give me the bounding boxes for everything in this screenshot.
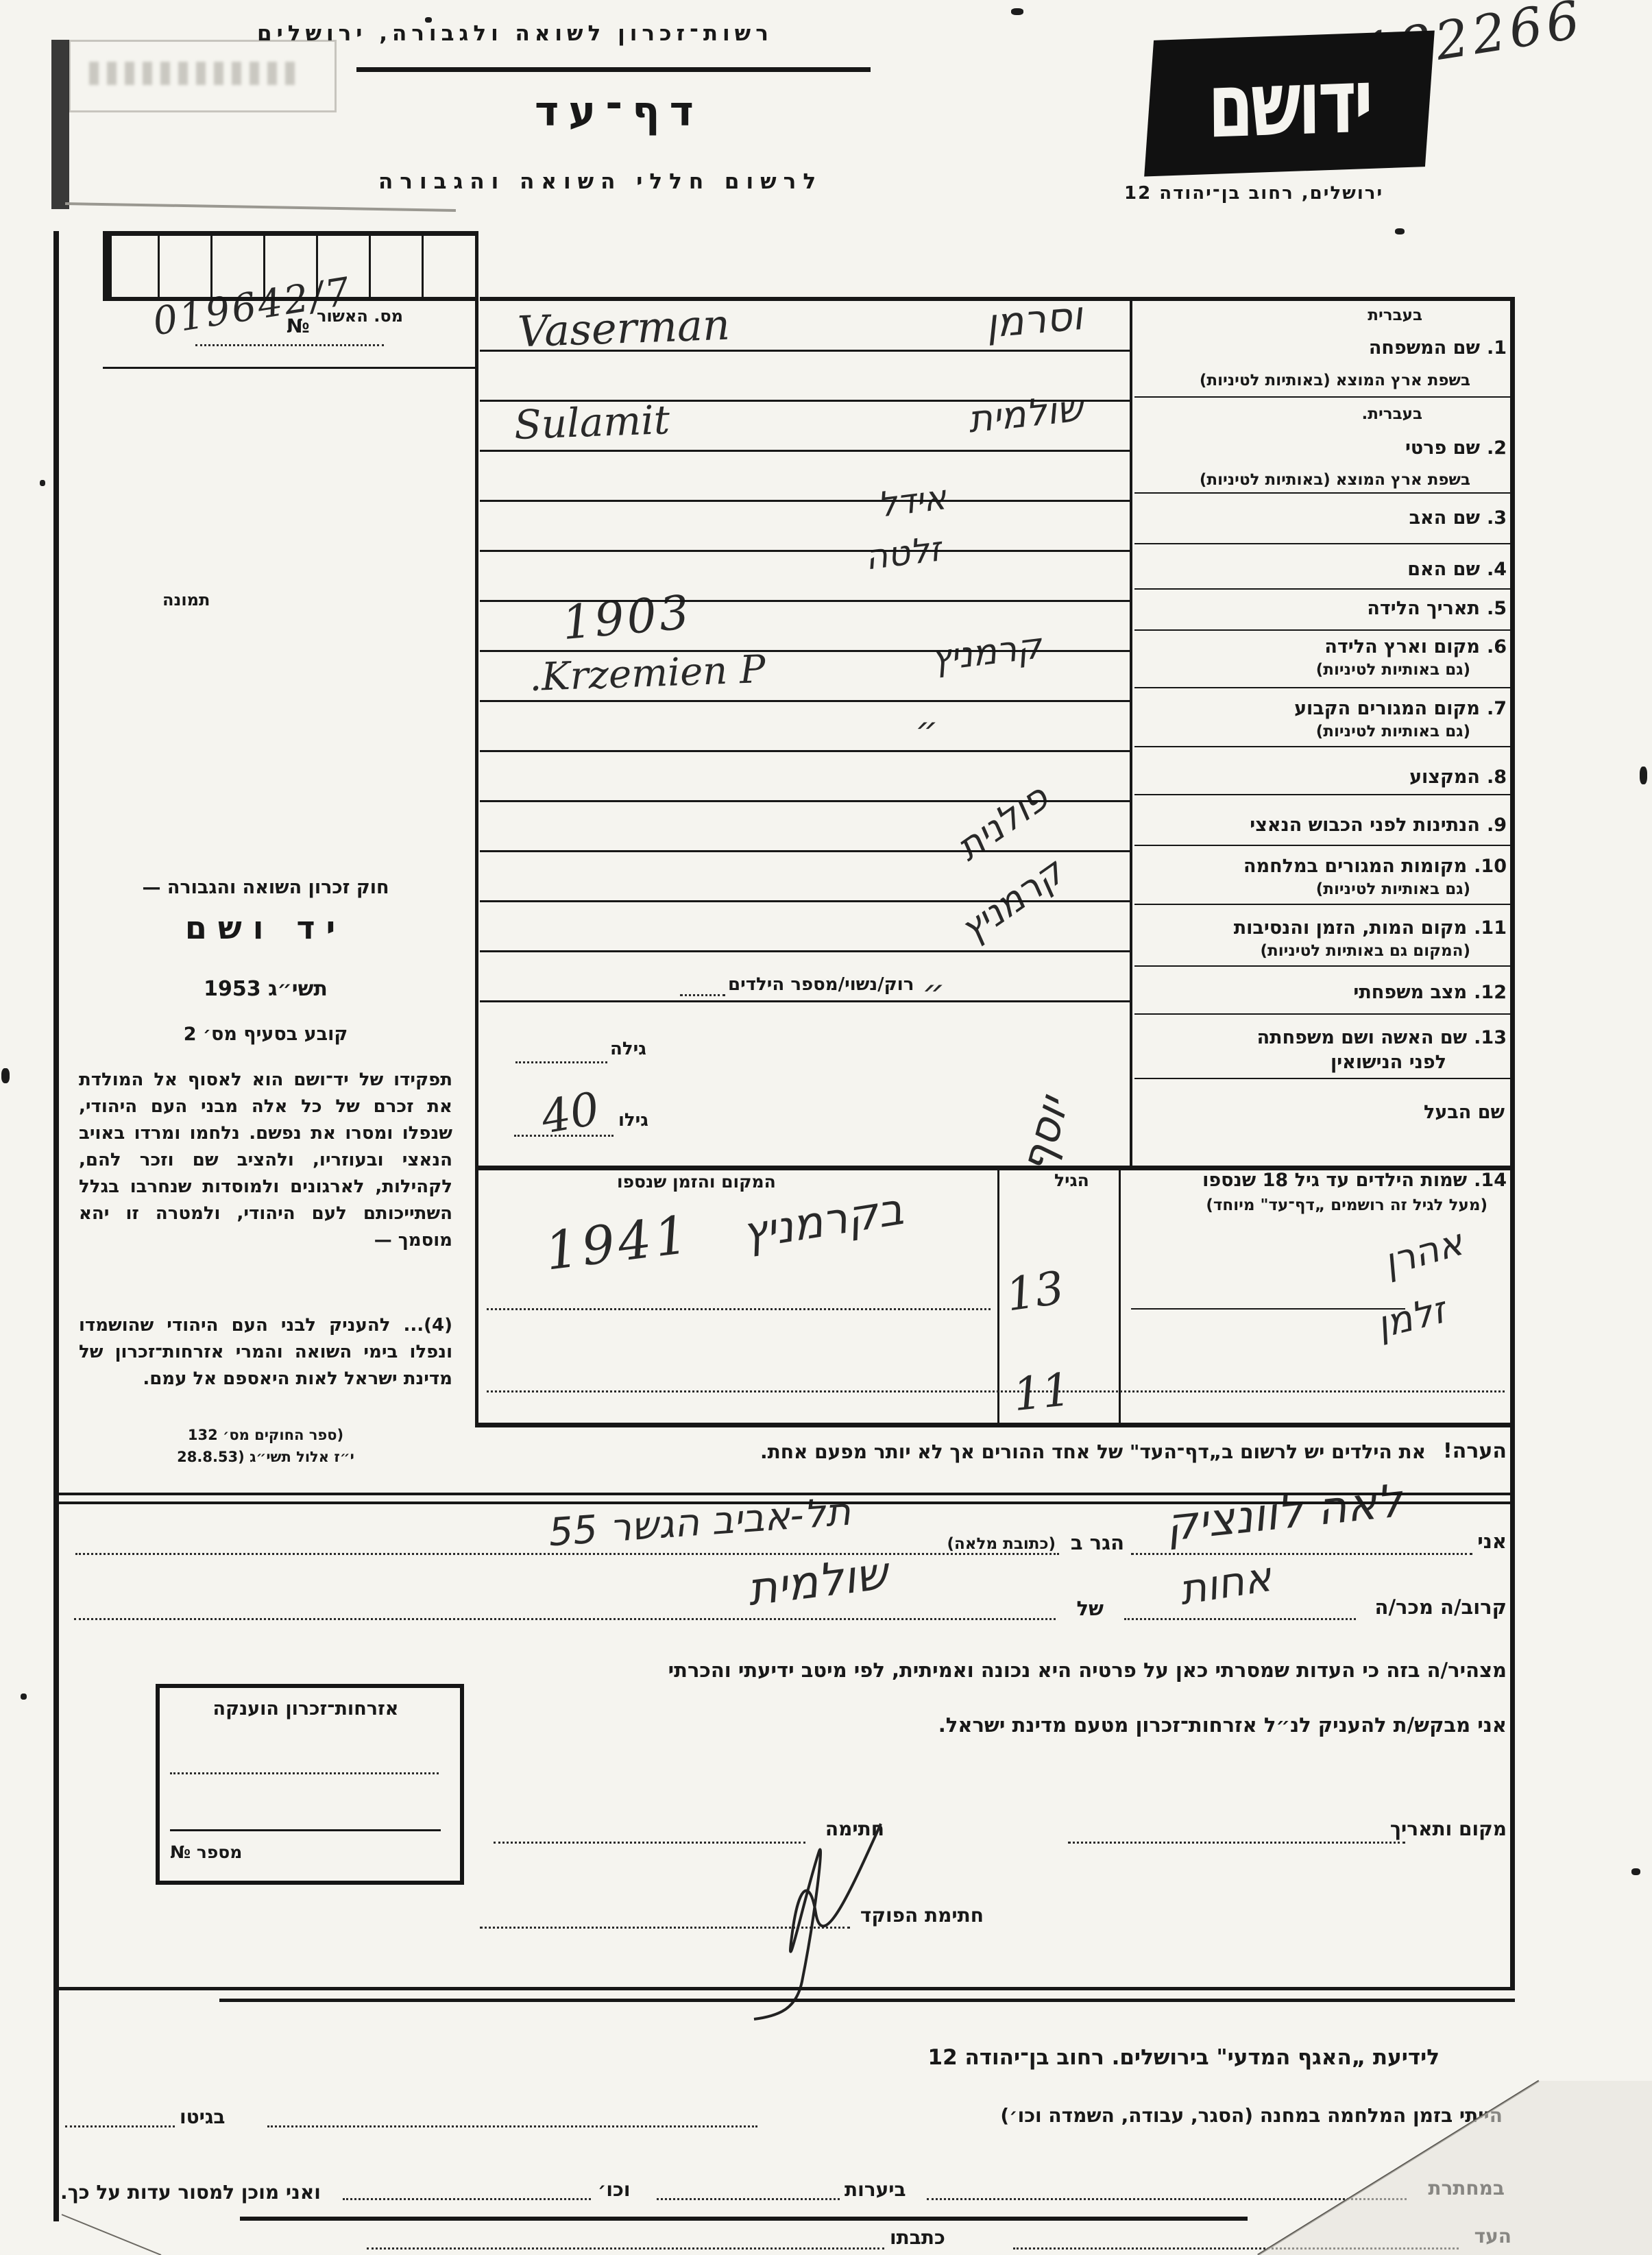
sep: [1134, 904, 1510, 905]
field-10-label-row: 10.מקומות המגורים במלחמה: [1243, 856, 1507, 877]
serial-bottom: [103, 367, 476, 369]
her-age-label: גילה: [610, 1039, 646, 1059]
underground-dots: [927, 2198, 1407, 2200]
children-row2-dots: [487, 1390, 1505, 1392]
field-2-sub1: בעברית.: [1362, 406, 1422, 423]
law-paragraph-2: (4)... להעניק לבני העם היהודי שהושמדו ונ…: [79, 1312, 452, 1392]
children-col-a: [997, 1166, 999, 1423]
field-7-number: 7.: [1487, 698, 1507, 719]
entry-birth-date: 1903: [560, 586, 694, 651]
field-8-number: 8.: [1487, 767, 1507, 788]
office-address: ירושלים, רחוב בן־יהודה 12: [1124, 184, 1383, 204]
relative-value: אחות: [1176, 1553, 1274, 1615]
grant-box-line: [170, 1829, 441, 1831]
entry-birth-place-hebrew: קרמניץ: [929, 625, 1044, 679]
field-14-label-row: 14.שמות הילדים עד גיל 18 שנספו: [1202, 1170, 1507, 1191]
field-8-label: המקצוע: [1409, 767, 1480, 788]
sep: [1134, 543, 1510, 544]
his-age-dots: [514, 1135, 614, 1137]
grid-v2: [210, 233, 212, 298]
scientific-branch-notice: לידיעת „האגף המדעי" בירושלים. רחוב בן־יה…: [928, 2046, 1440, 2070]
sep: [1134, 492, 1510, 494]
field-14-label: שמות הילדים עד גיל 18 שנספו: [1202, 1170, 1467, 1191]
sep: [1134, 588, 1510, 590]
underground-label: במחתרת: [1428, 2178, 1505, 2199]
children-row1-dots: [487, 1308, 991, 1310]
husband-name-value: יוסף: [1010, 1092, 1078, 1178]
field-1-label-row: 1.שם המשפחה: [1369, 337, 1507, 359]
scan-speck: [40, 480, 45, 486]
field-13-label: שם האשה ושם משפחתה: [1257, 1027, 1468, 1048]
field-7-label: מקום המגורים הקבוע: [1294, 698, 1480, 719]
death-year-value: 1941: [542, 1203, 694, 1281]
rule: [480, 500, 1130, 502]
rule: [480, 850, 1130, 852]
her-age-dots: [515, 1061, 607, 1063]
address-hint: (כתובת מלאה): [947, 1536, 1056, 1553]
rule: [480, 450, 1130, 452]
sep: [1134, 845, 1510, 846]
child-1-name: אהרן: [1379, 1220, 1468, 1284]
entry-father-name: אידל: [875, 477, 949, 525]
entry-first-name-latin: Sulamit: [513, 396, 670, 448]
entry-death-place-ditto: ״: [922, 972, 945, 1013]
sep: [1134, 965, 1510, 967]
field-5-number: 5.: [1487, 598, 1507, 619]
field-14-label2: (מעל לגיל זה רושמים „דף־עד" מיוחד): [1206, 1197, 1487, 1214]
law-title: חוק זכרון השואה והגבורה —: [79, 878, 452, 898]
photo-label: תמונה: [162, 591, 210, 610]
child-2-name: זלמן: [1372, 1288, 1450, 1347]
etc-dots: [343, 2198, 591, 2200]
sep: [1134, 629, 1510, 631]
witness-address-label: כתבתו: [890, 2227, 945, 2248]
field-1-label: שם המשפחה: [1369, 337, 1480, 359]
camp-line: הייתי בזמן המלחמה במחנה (הסגר, עבודה, הש…: [1000, 2105, 1503, 2126]
place-date-label: מקום ותאריך: [1390, 1818, 1507, 1840]
note-text: את הילדים יש לרשום ב„דף־העד" של אחד ההור…: [760, 1441, 1426, 1462]
table-bottom: [475, 1423, 1511, 1427]
declarant-address: תל-אביב הגשר 55: [547, 1490, 852, 1556]
forests-dots: [657, 2198, 840, 2200]
double-rule-2a: [53, 1987, 1515, 1990]
field-10-sub: (גם באותיות לטיניות): [1316, 881, 1470, 898]
serial-dots: [195, 344, 384, 346]
field-6-label-row: 6.מקום וארץ הלידה: [1324, 636, 1507, 658]
form-title: דף־עד: [535, 89, 703, 135]
field-8-label-row: 8.המקצוע: [1409, 767, 1507, 788]
law-source-1: (ספר החוקים מס׳ 132: [79, 1427, 452, 1444]
husband-label: שם הבעל: [1424, 1102, 1505, 1123]
field-13-number: 13.: [1474, 1027, 1507, 1048]
field-2-label-row: 2.שם פרטי: [1405, 437, 1507, 459]
his-age-label: גילו: [618, 1111, 648, 1131]
double-rule-2b: [219, 1999, 1515, 2002]
ghetto-dots: [65, 2125, 175, 2127]
field-3-number: 3.: [1487, 507, 1507, 529]
grid-v1: [158, 233, 160, 298]
law-clause: קובע בסעיף מס׳ 2: [79, 1024, 452, 1045]
border-left: [53, 231, 59, 2221]
serial-label: מס. האשור: [317, 307, 403, 326]
field-6-label: מקום וארץ הלידה: [1324, 636, 1480, 658]
law-name: יד ושם: [79, 911, 452, 946]
field-7-label-row: 7.מקום המגורים הקבוע: [1294, 698, 1507, 719]
field-2-sub2: בשפת ארץ המוצא (באותיות לטיניות): [1200, 472, 1470, 489]
grid-left-bar: [103, 231, 112, 300]
child-1-age: 13: [1003, 1262, 1067, 1322]
declarant-i-label: אני: [1477, 1530, 1507, 1552]
declaration-statement: מצהיר/ה בזה כי העדות שמסרתי כאן על פרטיה…: [668, 1659, 1507, 1681]
field-2-label: שם פרטי: [1405, 437, 1480, 459]
form-subtitle: לרשום חללי השואה והגבורה: [378, 170, 823, 194]
field-9-label-row: 9.הנתינות לפני הכבוש הנאצי: [1250, 815, 1507, 836]
field-1-sub2: בשפת ארץ המוצא (באותיות לטיניות): [1200, 372, 1470, 389]
etc-label: וכו׳: [598, 2179, 631, 2200]
declarant-name-dots: [1131, 1553, 1472, 1555]
sep: [1134, 746, 1510, 747]
place-date-dots: [1068, 1842, 1405, 1844]
field-10-number: 10.: [1474, 856, 1507, 877]
sep: [1134, 794, 1510, 795]
field-5-label-row: 5.תאריך הלידה: [1367, 598, 1507, 619]
sep: [1134, 687, 1510, 688]
field-10-label: מקומות המגורים במלחמה: [1243, 856, 1467, 877]
bottom-heavy-line: [240, 2217, 1248, 2221]
law-source-2: י״ז אלול תשי״ג (28.8.53: [79, 1449, 452, 1466]
field-13-label2: לפני הנישואין: [1331, 1052, 1446, 1073]
relative-label: קרוב/ה מכר/ה: [1375, 1596, 1507, 1618]
witness-label: העד: [1474, 2226, 1511, 2247]
scan-speck: [1011, 8, 1023, 15]
grid-v6: [422, 233, 424, 298]
field-11-label-row: 11.מקום המות, הזמן והנסיבות: [1234, 917, 1507, 939]
field-7-sub: (גם באותיות לטיניות): [1316, 723, 1470, 740]
witness-dots: [1013, 2247, 1459, 2250]
entry-birth-place-latin: Krzemien P.: [529, 647, 766, 700]
scan-speck: [1395, 228, 1405, 234]
field-2-number: 2.: [1487, 437, 1507, 459]
field-1-number: 1.: [1487, 337, 1507, 359]
field-6-sub: (גם באותיות לטיניות): [1316, 662, 1470, 679]
stamp-bottom-edge: [65, 202, 456, 212]
field-9-number: 9.: [1487, 815, 1507, 836]
of-dots: [74, 1618, 1056, 1620]
authority-underline: [356, 67, 871, 72]
field-13-label-row: 13.שם האשה ושם משפחתה: [1257, 1027, 1507, 1048]
rule: [480, 700, 1130, 702]
sep: [1134, 1013, 1510, 1015]
age-column-header: הגיל: [1054, 1171, 1089, 1190]
field-11-label: מקום המות, הזמן והנסיבות: [1234, 917, 1467, 939]
resides-label: הגר ב: [1071, 1532, 1124, 1554]
rule: [480, 550, 1130, 552]
yad-vashem-logo-text: ידושם: [1208, 49, 1371, 158]
children-col-b: [1119, 1166, 1121, 1423]
relative-dots: [1124, 1618, 1356, 1620]
of-value: שולמית: [744, 1547, 890, 1616]
field-4-label-row: 4.שם האם: [1407, 559, 1507, 580]
field-11-sub: (המקום גם באותיות לטיניות): [1261, 943, 1471, 960]
rule: [480, 950, 1130, 952]
of-label: של: [1076, 1597, 1104, 1619]
field-6-number: 6.: [1487, 636, 1507, 658]
divider-labels-column: [1130, 297, 1132, 1166]
entry-family-name-hebrew: וסרמן: [984, 292, 1084, 347]
field-12-number: 12.: [1474, 982, 1507, 1003]
scan-speck: [1640, 767, 1647, 784]
grid-v5: [369, 233, 371, 298]
entry-mother-name: זלטה: [863, 529, 943, 577]
authority-line: רשות־זכרון לשואה ולגבורה, ירושלים: [257, 22, 773, 46]
scanned-testimony-page: 182266 רשות־זכרון לשואה ולגבורה, ירושלים…: [0, 0, 1652, 2255]
death-place-value: בקרמניץ: [739, 1184, 907, 1259]
rule: [480, 750, 1130, 752]
declarant-name: לאה לוונציק: [1163, 1474, 1405, 1552]
law-year: תשי״ג 1953: [79, 978, 452, 1001]
grant-box-title: אזרחות־זכרון הוענקה: [165, 1699, 447, 1720]
field-12-label: מצב משפחתי: [1353, 982, 1467, 1003]
yad-vashem-logo: ידושם: [1144, 31, 1435, 177]
sep: [1134, 1078, 1510, 1079]
law-paragraph-1: תפקידו של יד־ושם הוא לאסוף אל המולדת את …: [79, 1067, 452, 1254]
scan-speck: [1631, 1868, 1640, 1875]
declarant-address-dots: [75, 1553, 1059, 1555]
place-column-header: המקום והזמן שנספו: [617, 1172, 776, 1192]
note-title: הערה!: [1443, 1440, 1507, 1463]
entry-residence-ditto: ״: [915, 710, 938, 751]
ready-to-testify: ואני מוכן למסור עדות על כך.: [60, 2182, 321, 2203]
divider-left-column: [475, 231, 478, 1423]
field-4-label: שם האם: [1407, 559, 1480, 580]
rule: [480, 1000, 1130, 1002]
field-4-number: 4.: [1487, 559, 1507, 580]
ghetto-label: בגיטו: [180, 2106, 225, 2127]
border-right: [1510, 297, 1515, 1987]
scan-speck: [21, 1693, 27, 1700]
field-1-sub1: בעברית: [1368, 307, 1422, 324]
field-3-label: שם האב: [1409, 507, 1480, 529]
camp-dots: [267, 2125, 757, 2127]
stamp-smudge: [89, 62, 295, 85]
grant-box-number-label: מספר №: [170, 1843, 242, 1862]
field-3-label-row: 3.שם האב: [1409, 507, 1507, 529]
declaration-request: אני מבקש/ת להעניק לנ״ל אזרחות־זכרון מטעם…: [938, 1714, 1507, 1736]
marital-dots: [680, 994, 725, 996]
field-5-label: תאריך הלידה: [1367, 598, 1480, 619]
field-11-number: 11.: [1474, 917, 1507, 939]
scan-speck: [1, 1068, 10, 1083]
sep: [1134, 396, 1510, 398]
stamp-bar: [51, 40, 69, 209]
field-14-number: 14.: [1474, 1170, 1507, 1191]
children-row1-line: [1131, 1308, 1405, 1310]
entry-first-name-hebrew: שולמית: [966, 386, 1085, 441]
grant-box-dots: [170, 1772, 439, 1774]
field-9-label: הנתינות לפני הכבוש הנאצי: [1250, 815, 1480, 836]
scan-speck: [425, 17, 432, 23]
official-signature-mark: [644, 1810, 905, 2023]
forests-label: ביערות: [845, 2179, 906, 2200]
field-12-label-row: 12.מצב משפחתי: [1353, 982, 1507, 1003]
marital-inline-label: רוק/נשוי/מספר הילדים: [728, 975, 914, 995]
entry-family-name-latin: Vaserman: [517, 300, 731, 357]
witness-address-dots: [367, 2247, 884, 2250]
